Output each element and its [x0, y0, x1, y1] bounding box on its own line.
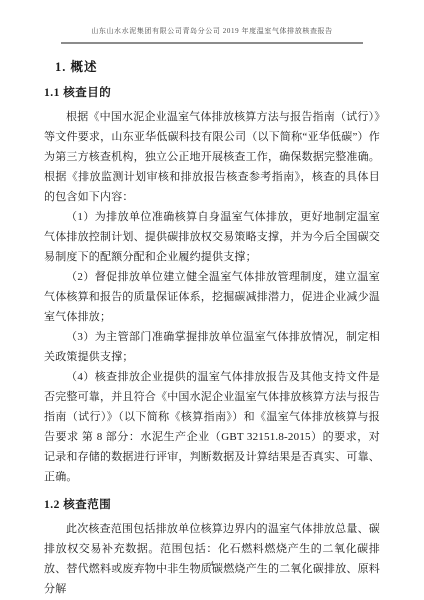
paragraph-item-2: （2）督促排放单位建立健全温室气体排放管理制度，建立温室气体核算和报告的质量保证…: [44, 267, 380, 327]
section-heading-overview: 1. 概述: [44, 57, 380, 75]
header-rule-divider: [61, 42, 363, 44]
running-header: 山东山水水泥集团有限公司青岛分公司 2019 年度温室气体排放核查报告: [40, 26, 384, 36]
paragraph-item-4: （4）核查排放企业提供的温室气体排放报告及其他支持文件是否完整可靠，并且符合《中…: [44, 367, 380, 487]
subsection-heading-verification-scope: 1.2 核查范围: [44, 496, 380, 512]
paragraph-item-1: （1）为排放单位准确核算自身温室气体排放，更好地制定温室气体排放控制计划、提供碳…: [44, 207, 380, 267]
document-page: 山东山水水泥集团有限公司青岛分公司 2019 年度温室气体排放核查报告 1. 概…: [0, 0, 424, 600]
page-content: 1. 概述 1.1 核查目的 根据《中国水泥企业温室气体排放核算方法与报告指南（…: [44, 52, 380, 599]
page-number: 4: [0, 559, 424, 568]
paragraph-intro: 根据《中国水泥企业温室气体排放核算方法与报告指南（试行）》等文件要求，山东亚华低…: [44, 107, 380, 207]
subsection-heading-verification-purpose: 1.1 核查目的: [44, 84, 380, 100]
paragraph-item-3: （3）为主管部门准确掌握排放单位温室气体排放情况，制定相关政策提供支撑；: [44, 327, 380, 367]
